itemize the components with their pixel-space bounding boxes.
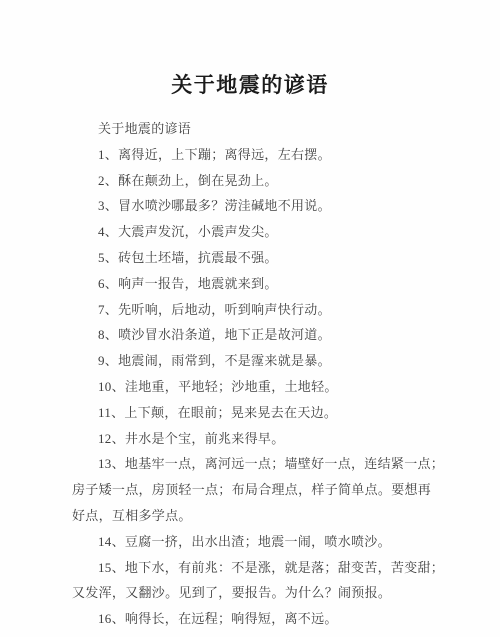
proverb-item-2: 2、酥在颠劲上，倒在晃劲上。 <box>72 168 460 194</box>
proverb-item-9: 9、地震闹，雨常到，不是霪来就是暴。 <box>72 348 460 374</box>
proverb-item-6: 6、响声一报告，地震就来到。 <box>72 271 460 297</box>
document-page: 关于地震的谚语 关于地震的谚语 1、离得近，上下蹦；离得远，左右摆。 2、酥在颠… <box>0 0 500 637</box>
document-body: 关于地震的谚语 1、离得近，上下蹦；离得远，左右摆。 2、酥在颠劲上，倒在晃劲上… <box>0 116 500 632</box>
proverb-item-13: 13、地基牢一点，离河远一点；墙壁好一点，连结紧一点； 房子矮一点，房顶轻一点；… <box>72 451 460 528</box>
proverb-item-4: 4、大震声发沉，小震声发尖。 <box>72 219 460 245</box>
proverb-item-11: 11、上下颠，在眼前；晃来晃去在天边。 <box>72 400 460 426</box>
proverb-item-15: 15、地下水，有前兆：不是涨，就是落；甜变苦，苦变甜； 又发浑，又翻沙。见到了，… <box>72 555 460 607</box>
proverb-item-14: 14、豆腐一挤，出水出渣；地震一闹，喷水喷沙。 <box>72 529 460 555</box>
proverb-item-1: 1、离得近，上下蹦；离得远，左右摆。 <box>72 142 460 168</box>
proverb-item-8: 8、喷沙冒水沿条道，地下正是故河道。 <box>72 322 460 348</box>
proverb-item-10: 10、洼地重，平地轻；沙地重，土地轻。 <box>72 374 460 400</box>
document-title: 关于地震的谚语 <box>0 0 500 99</box>
proverb-item-7: 7、先听响，后地动，听到响声快行动。 <box>72 297 460 323</box>
proverb-item-3: 3、冒水喷沙哪最多？涝洼碱地不用说。 <box>72 193 460 219</box>
proverb-item-5: 5、砖包土坯墙，抗震最不强。 <box>72 245 460 271</box>
proverb-item-12: 12、井水是个宝，前兆来得早。 <box>72 426 460 452</box>
proverb-item-16: 16、响得长，在远程；响得短，离不远。 <box>72 606 460 632</box>
document-subtitle: 关于地震的谚语 <box>72 116 460 142</box>
